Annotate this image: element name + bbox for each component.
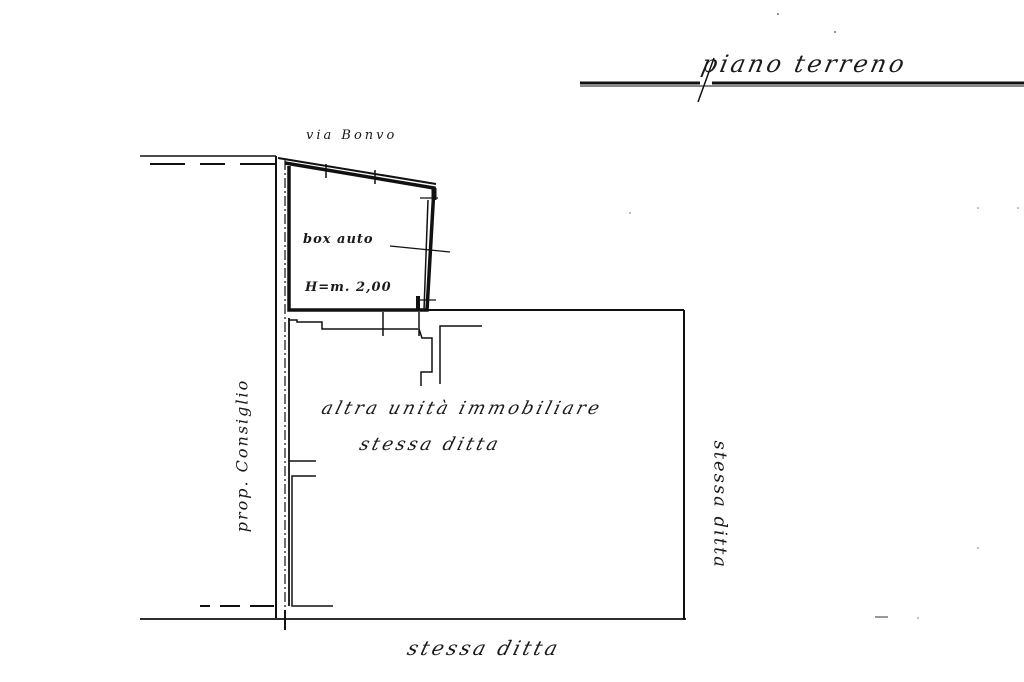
unit-owner-label: stessa ditta — [357, 434, 503, 455]
street-label: via Bonvo — [306, 128, 397, 143]
floor-plan-drawing — [0, 0, 1024, 682]
top-left-boundary — [140, 156, 276, 164]
bottom-neighbor-label: stessa ditta — [405, 636, 564, 660]
floor-plan-sheet: piano terreno via Bonvo box auto H=m. 2,… — [0, 0, 1024, 682]
right-neighbor-label: stessa ditta — [710, 441, 731, 541]
left-door-opening — [289, 461, 333, 606]
drawing-title: piano terreno — [699, 50, 910, 78]
main-unit-outline — [140, 310, 686, 630]
garage-box-label: box auto — [303, 232, 374, 247]
left-neighbor-label: prop. Consiglio — [233, 356, 252, 556]
stair-partition-detail — [289, 310, 684, 386]
garage-height-label: H=m. 2,00 — [305, 280, 392, 295]
left-party-wall — [276, 156, 289, 628]
other-unit-label: altra unità immobiliare — [319, 398, 605, 419]
scan-specks — [629, 13, 1019, 619]
